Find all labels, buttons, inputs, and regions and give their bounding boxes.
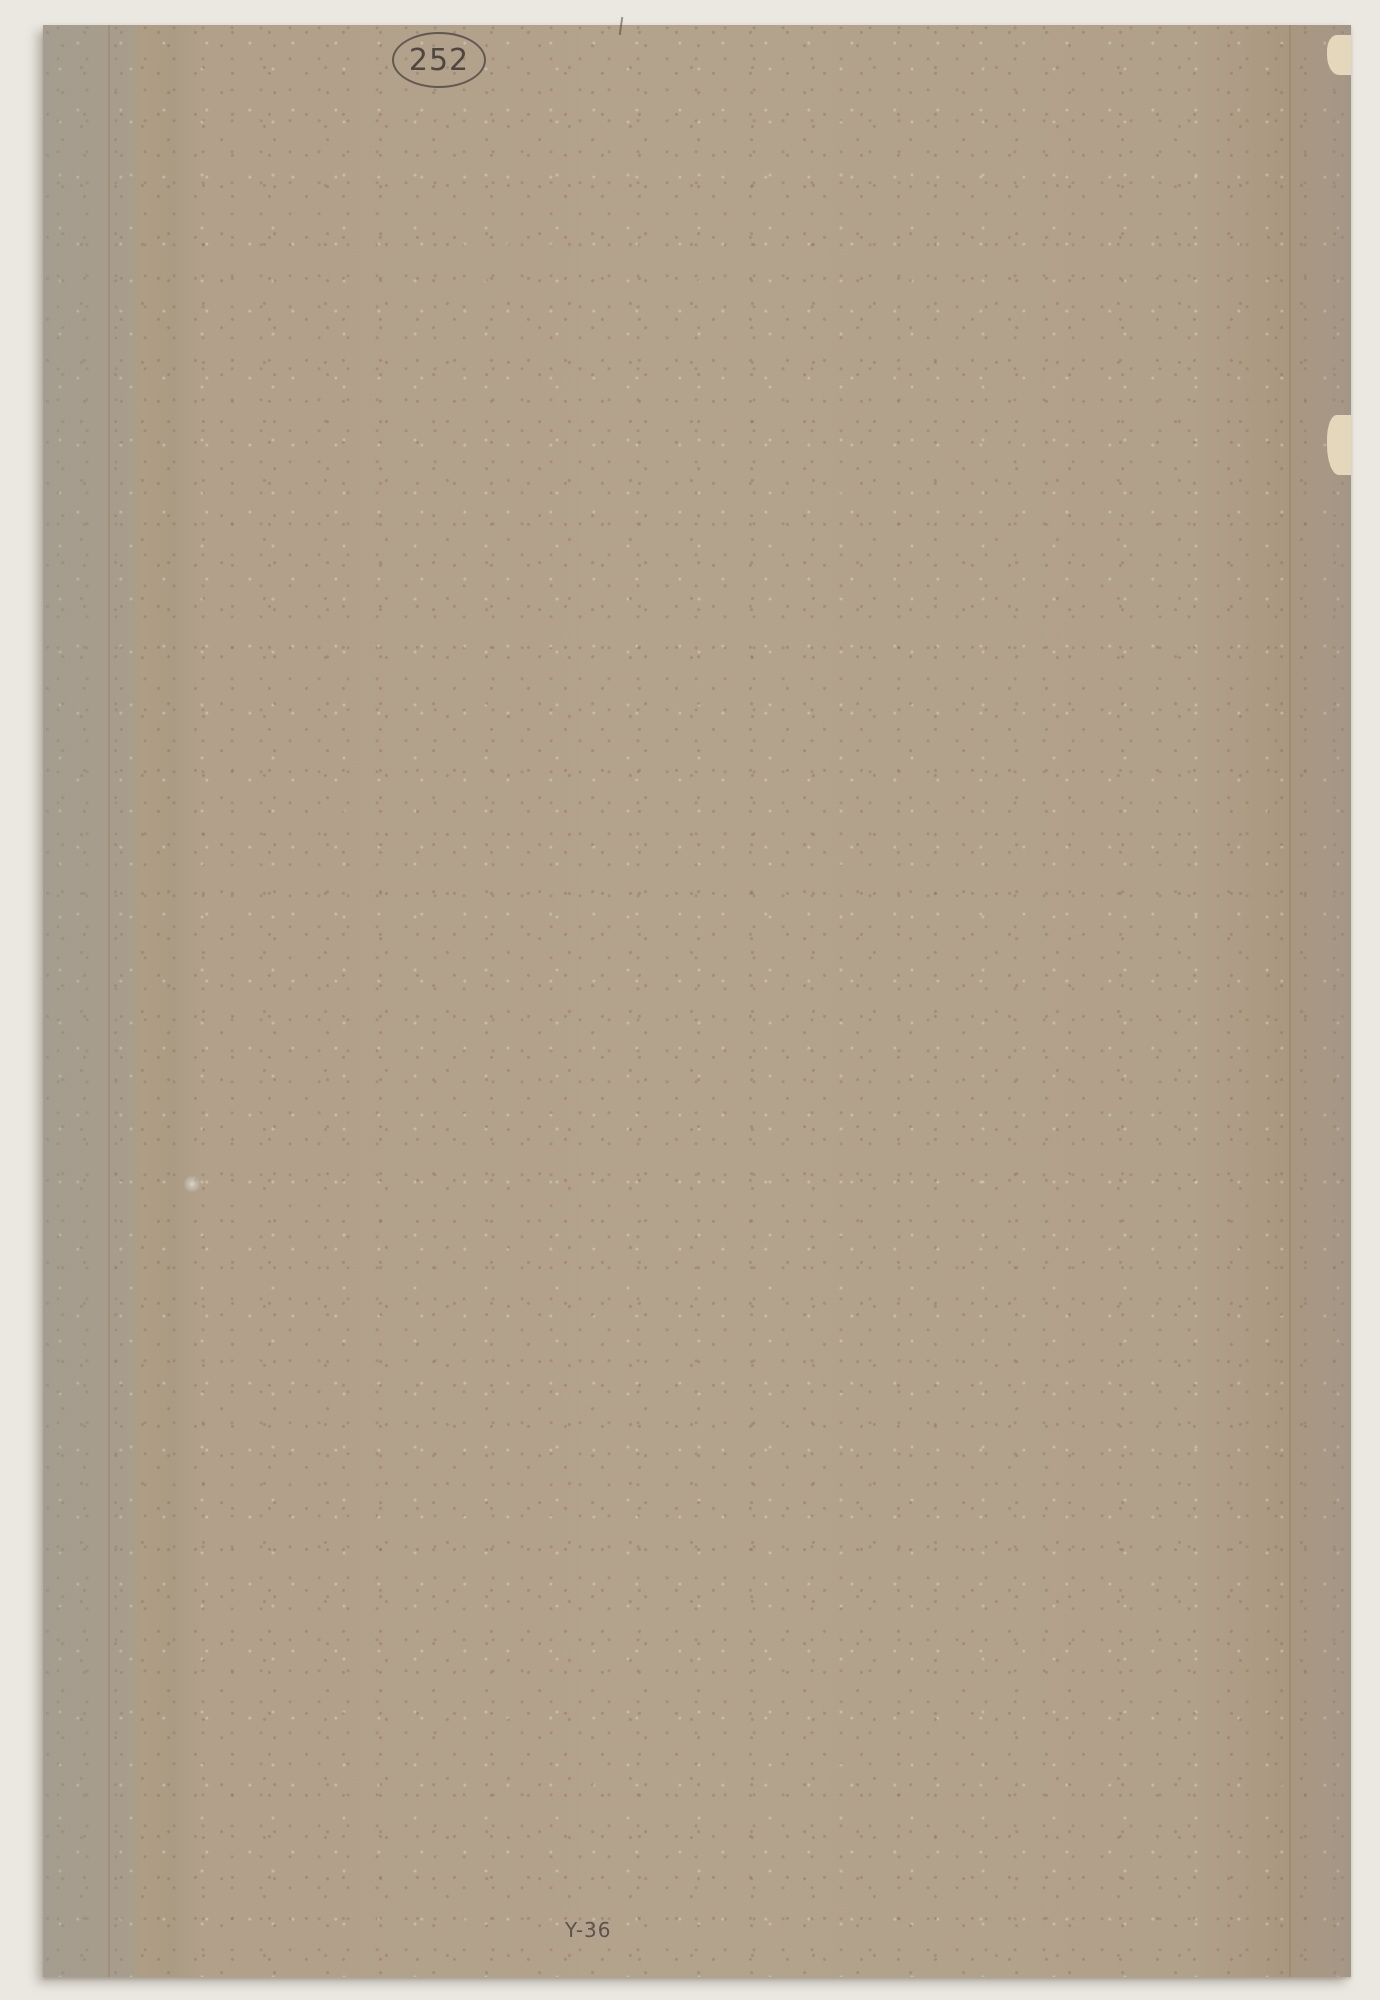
right-edge-stain <box>1281 25 1351 1977</box>
inventory-number-text: 252 <box>409 43 469 78</box>
cardboard-panel <box>43 25 1351 1977</box>
left-tape-line <box>108 25 110 1977</box>
pencil-catalog-code: Y-36 <box>565 1918 612 1942</box>
left-edge-stain <box>43 25 138 1977</box>
right-tape-line <box>1289 25 1291 1977</box>
circled-inventory-number: 252 <box>392 32 486 88</box>
photo-backdrop: 252 Y-36 <box>0 0 1380 2000</box>
torn-paper-patch-middle <box>1327 415 1351 475</box>
white-smudge <box>183 1175 201 1193</box>
torn-paper-patch-top <box>1327 35 1351 75</box>
